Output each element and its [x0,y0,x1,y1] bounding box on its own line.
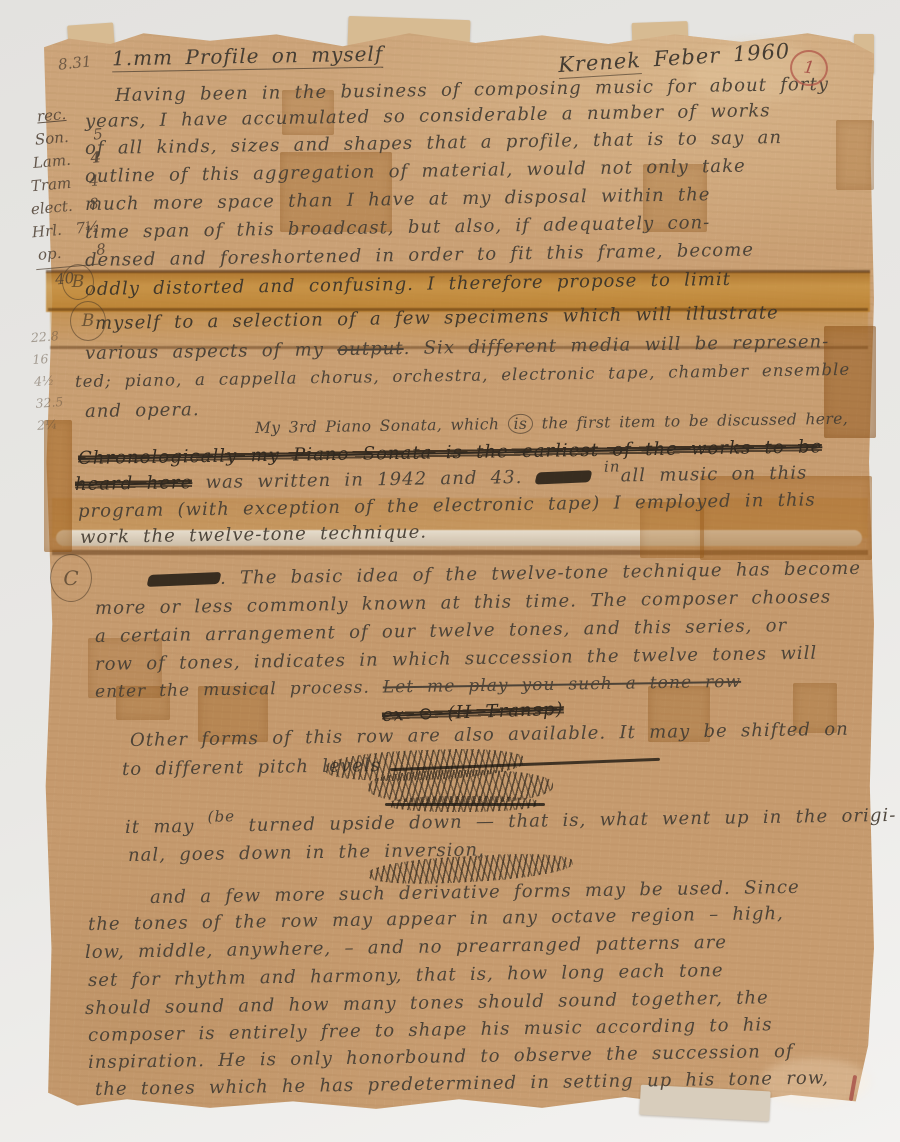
section-letter-circle: C [50,554,92,602]
struck-text: heard here [75,472,193,495]
faint-number: 2¼ [36,413,65,437]
faint-number: 22.8 [30,325,59,349]
tape-patch [700,476,872,560]
inserted-word: in [604,457,621,475]
line-text: various aspects of my [85,339,338,364]
struck-text: output [337,338,404,360]
line-text: it may [125,816,208,838]
timing-label: Son. [34,126,70,152]
timing-label: Hrl. [31,219,63,245]
page-title: 1.mm Profile on myself [112,42,384,73]
line-text: and opera. [85,399,200,422]
faint-number: 16 [32,347,61,371]
inserted-word: (be [207,807,235,825]
scanned-manuscript-page: 1.mm Profile on myself Krenek Feber 1960… [0,0,900,1142]
section-letter-circle: B [62,264,94,300]
ink-blot [534,470,592,484]
circled-insertion: is [507,414,533,434]
tape-patch [836,120,874,190]
timing-label: elect. [30,195,74,222]
faint-number: 4½ [33,369,62,393]
section-letter-circle: B [70,301,106,341]
faint-number: 32.5 [35,391,64,415]
time-note: 8.31 [57,52,92,73]
strike-line [385,803,545,806]
manuscript-line: and opera. [85,399,200,422]
timing-label: op. [37,242,62,267]
tape-patch [44,420,72,552]
ink-blot [146,572,221,587]
timing-label: Lam. [32,149,72,175]
line-text: all music on this [620,462,807,486]
author-name: Krenek [557,48,641,79]
